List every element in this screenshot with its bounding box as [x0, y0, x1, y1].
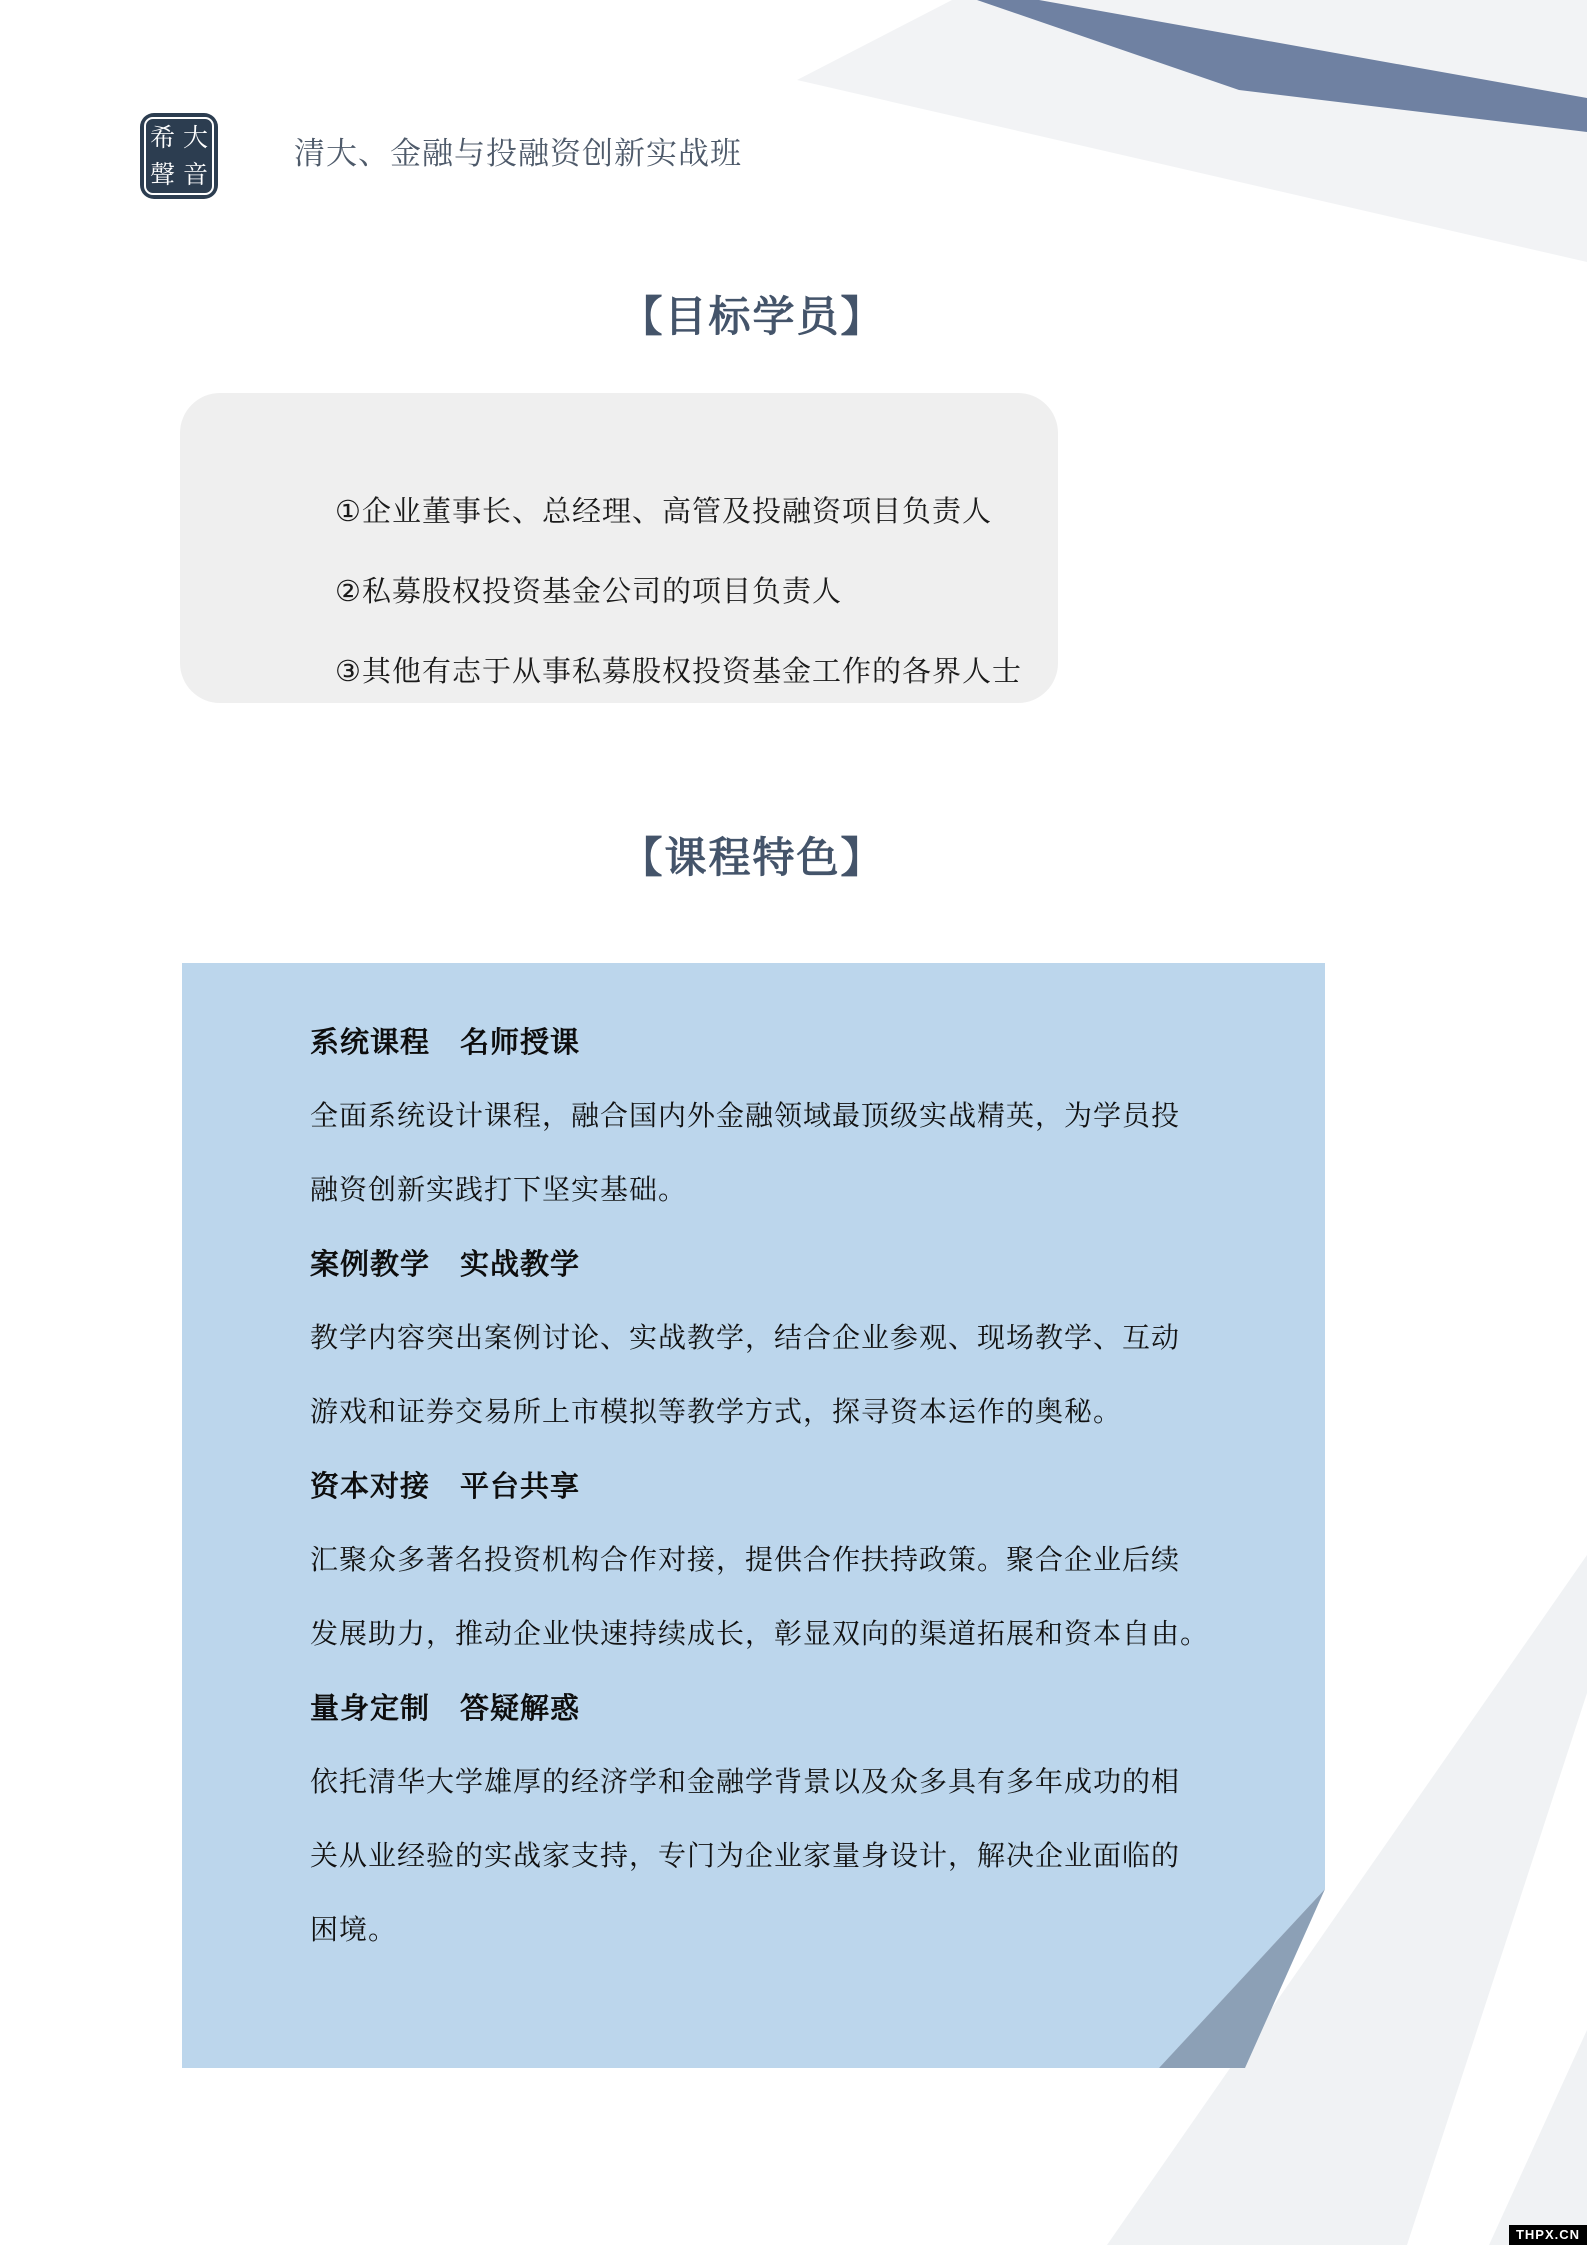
- seal-char: 聲: [150, 162, 175, 187]
- seal-char: 音: [183, 162, 208, 187]
- feature-heading: 量身定制 答疑解惑: [310, 1669, 1305, 1743]
- seal-logo: 希 大 聲 音: [140, 113, 218, 199]
- fold-corner-shape: [1159, 1889, 1325, 2068]
- fold-corner: [1155, 1885, 1330, 2068]
- seal-logo-characters: 希 大 聲 音: [144, 117, 214, 195]
- seal-char: 希: [150, 125, 175, 150]
- seal-char: 大: [183, 125, 208, 150]
- feature-text-line: 汇聚众多著名投资机构合作对接，提供合作扶持政策。聚合企业后续: [310, 1521, 1305, 1595]
- feature-text-line: 依托清华大学雄厚的经济学和金融学背景以及众多具有多年成功的相: [310, 1743, 1305, 1817]
- feature-text-line: 关从业经验的实战家支持，专门为企业家量身设计，解决企业面临的: [310, 1817, 1305, 1891]
- feature-text-line: 游戏和证券交易所上市模拟等教学方式，探寻资本运作的奥秘。: [310, 1373, 1305, 1447]
- feature-text-line: 发展助力，推动企业快速持续成长，彰显双向的渠道拓展和资本自由。: [310, 1595, 1305, 1669]
- feature-text-line: 融资创新实践打下坚实基础。: [310, 1151, 1305, 1225]
- watermark-badge: THPX.CN: [1509, 2225, 1587, 2245]
- feature-heading: 资本对接 平台共享: [310, 1447, 1305, 1521]
- course-features-box: 系统课程 名师授课 全面系统设计课程，融合国内外金融领域最顶级实战精英，为学员投…: [182, 963, 1325, 2068]
- feature-text-line: 教学内容突出案例讨论、实战教学，结合企业参观、现场教学、互动: [310, 1299, 1305, 1373]
- section-heading-course-features: 【课程特色】: [180, 834, 1325, 882]
- target-students-item: ③其他有志于从事私募股权投资基金工作的各界人士: [335, 629, 1028, 709]
- target-students-item: ①企业董事长、总经理、高管及投融资项目负责人: [335, 469, 1028, 549]
- section-heading-target-students: 【目标学员】: [180, 293, 1325, 341]
- target-students-box: ①企业董事长、总经理、高管及投融资项目负责人 ②私募股权投资基金公司的项目负责人…: [180, 393, 1058, 703]
- corner-band-shape: [1489, 2030, 1587, 2245]
- document-title: 清大、金融与投融资创新实战班: [294, 136, 742, 172]
- target-students-item: ②私募股权投资基金公司的项目负责人: [335, 549, 1028, 629]
- feature-text-line: 全面系统设计课程，融合国内外金融领域最顶级实战精英，为学员投: [310, 1077, 1305, 1151]
- feature-heading: 案例教学 实战教学: [310, 1225, 1305, 1299]
- brochure-page: 希 大 聲 音 清大、金融与投融资创新实战班 【目标学员】 ①企业董事长、总经理…: [0, 0, 1587, 2245]
- top-right-ribbon-decoration: [667, 0, 1587, 280]
- feature-heading: 系统课程 名师授课: [310, 1003, 1305, 1077]
